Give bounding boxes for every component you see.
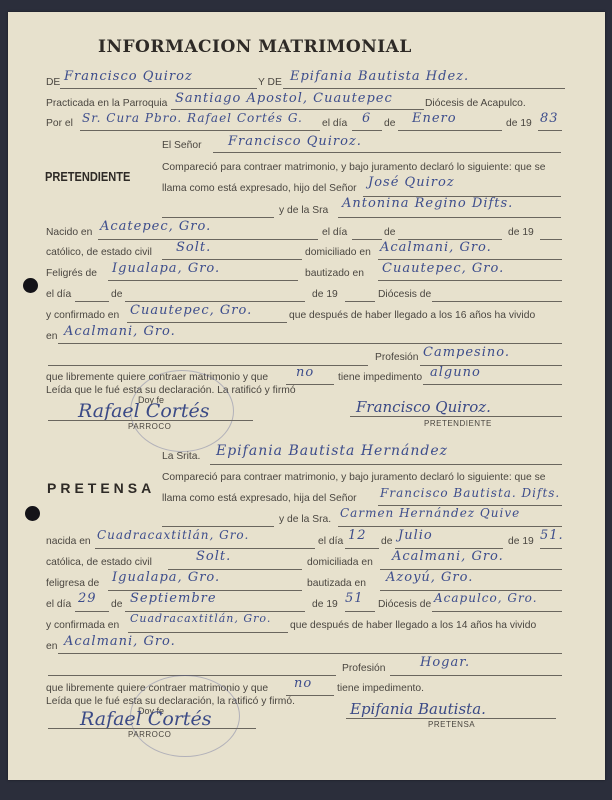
impedimento-label-groom: tiene impedimento [338,372,422,383]
bride-name-field[interactable]: Epifania Bautista Hdez. [290,69,469,84]
el-dia-label-groom-2: el día [46,289,71,300]
bride-no-field[interactable]: no [294,676,312,691]
de-19-label: de 19 [506,118,532,129]
punch-hole-bottom [25,506,40,521]
el-senor-label: El Señor [162,140,202,151]
domiciliado-label: domiciliado en [305,247,371,258]
groom-confirmation-field[interactable]: Cuautepec, Gro. [130,303,252,318]
year-field[interactable]: 83 [540,111,559,126]
feligresa-label: feligresa de [46,578,99,589]
groom-name-field[interactable]: Francisco Quiroz [64,69,193,84]
llama-text-groom: llama como está expresado, hijo del Seño… [162,183,357,194]
groom-senor-field[interactable]: Francisco Quiroz. [228,134,362,149]
en-label-groom: en [46,331,57,342]
de-la-sra-label-groom: y de la Sra [279,205,328,216]
bride-signature-caption: PRETENSA [428,720,475,729]
el-dia-label-bride-2: el día [46,599,71,610]
parroco-caption-bride: PARROCO [128,730,171,739]
bride-lived-field[interactable]: Acalmani, Gro. [64,634,176,649]
groom-baptism-place-field[interactable]: Cuautepec, Gro. [382,261,504,276]
de-label: DE [46,77,60,88]
y-de-label: Y DE [258,77,282,88]
groom-birthplace-field[interactable]: Acatepec, Gro. [100,219,211,234]
parroco-signature-groom: Rafael Cortés [78,400,209,422]
feligres-label: Feligrés de [46,268,97,279]
bride-birth-day-field[interactable]: 12 [348,528,367,543]
bride-birth-year-field[interactable]: 51. [540,528,564,543]
impedimento-label-bride: tiene impedimento. [337,683,424,694]
catolica-label: católica, de estado civil [46,557,152,568]
confirmado-label: y confirmado en [46,310,119,321]
la-srita-label: La Srita. [162,451,200,462]
comparecio-text-bride: Compareció para contraer matrimonio, y b… [162,472,545,483]
de-label-bride-2: de [111,599,122,610]
groom-civil-status-field[interactable]: Solt. [176,240,211,255]
de-label-groom-2: de [111,289,122,300]
groom-father-field[interactable]: José Quiroz [368,175,455,190]
bride-baptism-month-field[interactable]: Septiembre [130,591,217,606]
de-19-label-groom: de 19 [508,227,534,238]
bride-baptism-year-field[interactable]: 51 [345,591,364,606]
parroco-signature-bride: Rafael Cortés [80,708,211,730]
groom-lived-field[interactable]: Acalmani, Gro. [64,324,176,339]
bride-srita-field[interactable]: Epifania Bautista Hernández [216,443,448,459]
de-label-bride: de [381,536,392,547]
nacida-label: nacida en [46,536,91,547]
groom-residence-field[interactable]: Acalmani, Gro. [380,240,492,255]
diocesis-label-bride: Diócesis de [378,599,431,610]
groom-mother-field[interactable]: Antonina Regino Difts. [342,196,513,211]
despues-text-groom: que después de haber llegado a los 16 añ… [289,310,535,321]
parroco-caption-groom: PARROCO [128,422,171,431]
officiant-field[interactable]: Sr. Cura Pbro. Rafael Cortés G. [82,111,303,125]
confirmada-label: y confirmada en [46,620,119,631]
bride-baptism-place-field[interactable]: Azoyú, Gro. [386,570,473,585]
bautizado-label: bautizado en [305,268,364,279]
bride-birthplace-field[interactable]: Cuadracaxtitlán, Gro. [97,528,249,542]
llama-text-bride: llama como está expresado, hija del Seño… [162,493,357,504]
de-label-2: de [384,118,395,129]
domiciliada-label: domiciliada en [307,557,373,568]
en-label-bride: en [46,641,57,652]
de-19-label-bride: de 19 [508,536,534,547]
nacido-label: Nacido en [46,227,92,238]
pretendiente-section-label: PRETENDIENTE [45,169,130,184]
punch-hole-top [23,278,38,293]
comparecio-text-groom: Compareció para contraer matrimonio, y b… [162,162,545,173]
diocesis-label-groom: Diócesis de [378,289,431,300]
groom-no-field[interactable]: no [296,365,314,380]
groom-parish-field[interactable]: Igualapa, Gro. [112,261,220,276]
despues-text-bride: que después de haber llegado a los 14 añ… [290,620,536,631]
groom-signature: Francisco Quiroz. [356,398,491,416]
diocesis-acapulco-label: Diócesis de Acapulco. [425,98,526,109]
pretensa-section-label: PRETENSA [47,480,155,496]
bride-profession-field[interactable]: Hogar. [420,655,470,670]
de-19-label-bride-2: de 19 [312,599,338,610]
document-title: INFORMACION MATRIMONIAL [98,37,412,57]
groom-signature-caption: PRETENDIENTE [424,419,492,428]
day-field[interactable]: 6 [362,111,371,126]
bride-baptism-day-field[interactable]: 29 [78,591,97,606]
bride-birth-month-field[interactable]: Julio [398,528,433,543]
groom-profession-field[interactable]: Campesino. [423,345,510,360]
bride-parish-field[interactable]: Igualapa, Gro. [112,570,220,585]
bride-civil-status-field[interactable]: Solt. [196,549,231,564]
profesion-label-bride: Profesión [342,663,386,674]
bride-diocese-field[interactable]: Acapulco, Gro. [434,591,538,605]
por-el-label: Por el [46,118,73,129]
bride-signature: Epifania Bautista. [350,700,486,718]
el-dia-label-groom: el día [322,227,347,238]
bride-father-field[interactable]: Francisco Bautista. Difts. [380,486,560,500]
bautizada-label: bautizada en [307,578,366,589]
el-dia-label: el día [322,118,347,129]
de-19-label-groom-2: de 19 [312,289,338,300]
bride-mother-field[interactable]: Carmen Hernández Quive [340,506,520,520]
parroquia-field[interactable]: Santiago Apostol, Cuautepec [175,91,393,106]
de-la-sra-label-bride: y de la Sra. [279,514,331,525]
profesion-label-groom: Profesión [375,352,419,363]
month-field[interactable]: Enero [412,111,457,126]
el-dia-label-bride: el día [318,536,343,547]
de-label-groom: de [384,227,395,238]
parroquia-label: Practicada en la Parroquia [46,98,167,109]
catolico-label: católico, de estado civil [46,247,152,258]
bride-residence-field[interactable]: Acalmani, Gro. [392,549,504,564]
bride-confirmation-field[interactable]: Cuadracaxtitlán, Gro. [130,612,271,625]
groom-impediment-field[interactable]: alguno [430,365,481,380]
